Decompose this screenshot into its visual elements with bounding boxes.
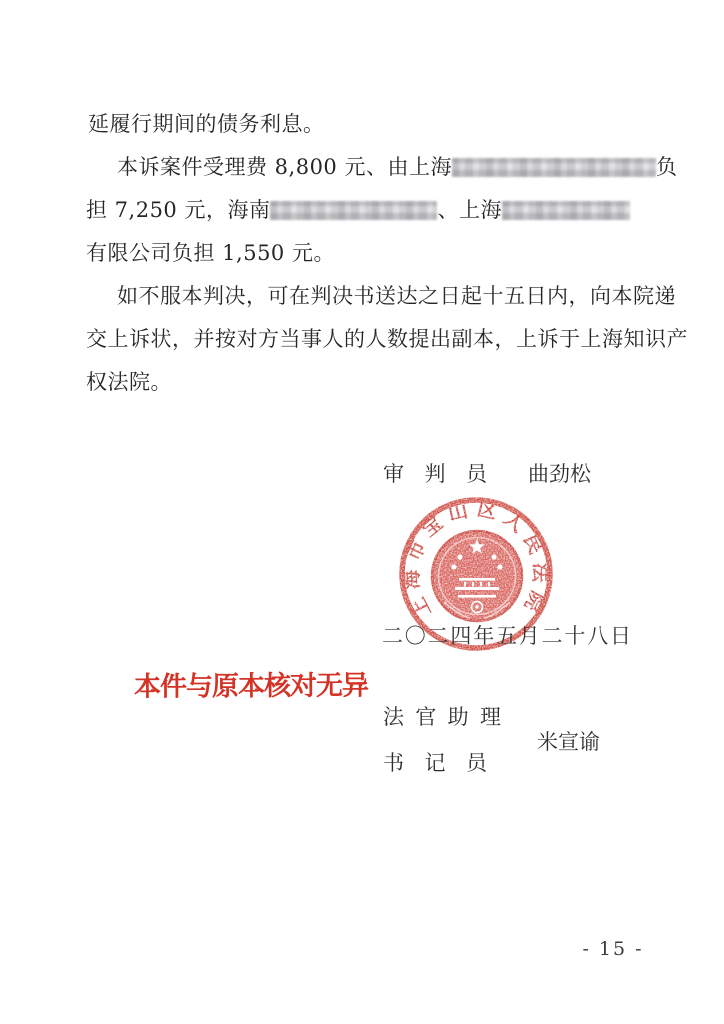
judgment-page: 延履行期间的债务利息。 本诉案件受理费 8,800 元、由上海负 担 7,250… (0, 0, 724, 1024)
clerk-label: 书记员 (383, 747, 487, 777)
body-text: 、上海 (437, 198, 502, 222)
page-number: - 15 - (568, 938, 658, 960)
body-text: 权法院。 (86, 370, 172, 394)
body-line-5: 如不服本判决，可在判决书送达之日起十五日内，向本院递 (117, 283, 676, 310)
assistant-line: 法官助理 (383, 701, 501, 731)
assistant-label: 法官助理 (383, 701, 501, 731)
body-line-6: 交上诉状，并按对方当事人的人数提出副本，上诉于上海知识产 (86, 326, 688, 353)
body-text: 本诉案件受理费 8,800 元、由上海 (117, 155, 452, 179)
body-text: 延履行期间的债务利息。 (88, 112, 325, 136)
body-text: 担 7,250 元，海南 (86, 198, 270, 222)
body-line-4: 有限公司负担 1,550 元。 (86, 240, 335, 267)
national-emblem-icon (432, 531, 522, 621)
body-line-7: 权法院。 (86, 369, 172, 396)
body-text: 如不服本判决，可在判决书送达之日起十五日内，向本院递 (117, 284, 676, 308)
redacted-text-block (452, 158, 656, 177)
clerk-line: 书记员 (383, 747, 487, 777)
verification-stamp: 本件与原本核对无异 (134, 663, 368, 703)
body-text: 负 (656, 155, 678, 179)
redacted-text-block (270, 201, 437, 220)
judge-label: 审判员 (383, 458, 487, 488)
body-line-1: 延履行期间的债务利息。 (88, 111, 325, 138)
redacted-text-block (502, 201, 630, 220)
judge-line: 审判员 (383, 458, 487, 488)
judge-name: 曲劲松 (528, 458, 591, 488)
judgment-date: 二〇二四年五月二十八日 (382, 620, 633, 650)
body-line-3: 担 7,250 元，海南、上海 (86, 197, 630, 224)
body-text: 有限公司负担 1,550 元。 (86, 241, 335, 265)
clerk-name: 米宣谕 (537, 726, 600, 756)
body-text: 交上诉状，并按对方当事人的人数提出副本，上诉于上海知识产 (86, 327, 688, 351)
body-line-2: 本诉案件受理费 8,800 元、由上海负 (117, 154, 677, 181)
